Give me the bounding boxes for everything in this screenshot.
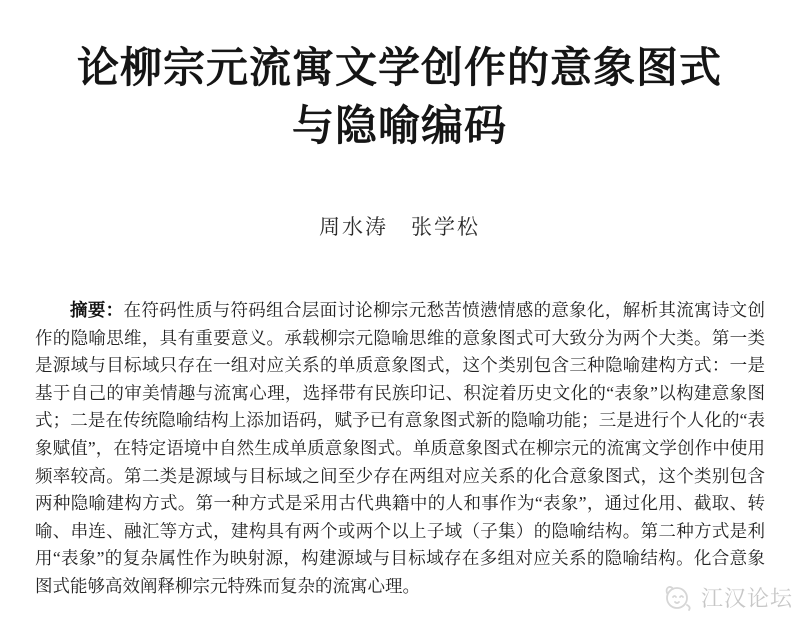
journal-watermark-text: 江汉论坛 bbox=[701, 582, 793, 613]
article-title-line2: 与隐喻编码 bbox=[0, 98, 799, 156]
abstract-block: 摘要：在符码性质与符码组合层面讨论柳宗元愁苦愤懑情感的意象化，解析其流寓诗文创作… bbox=[35, 297, 765, 601]
authors-line: 周水涛 张学松 bbox=[0, 211, 799, 241]
journal-watermark: 江汉论坛 bbox=[662, 582, 793, 613]
abstract-paragraph: 摘要：在符码性质与符码组合层面讨论柳宗元愁苦愤懑情感的意象化，解析其流寓诗文创作… bbox=[35, 297, 765, 601]
article-title: 论柳宗元流寓文学创作的意象图式 与隐喻编码 bbox=[0, 0, 799, 156]
abstract-text: 在符码性质与符码组合层面讨论柳宗元愁苦愤懑情感的意象化，解析其流寓诗文创作的隐喻… bbox=[35, 300, 765, 596]
abstract-label: 摘要： bbox=[70, 300, 124, 320]
article-title-line1: 论柳宗元流寓文学创作的意象图式 bbox=[0, 40, 799, 98]
mascot-face-logo-icon bbox=[662, 583, 694, 613]
scanned-paper-page: 论柳宗元流寓文学创作的意象图式 与隐喻编码 周水涛 张学松 摘要：在符码性质与符… bbox=[0, 0, 799, 621]
